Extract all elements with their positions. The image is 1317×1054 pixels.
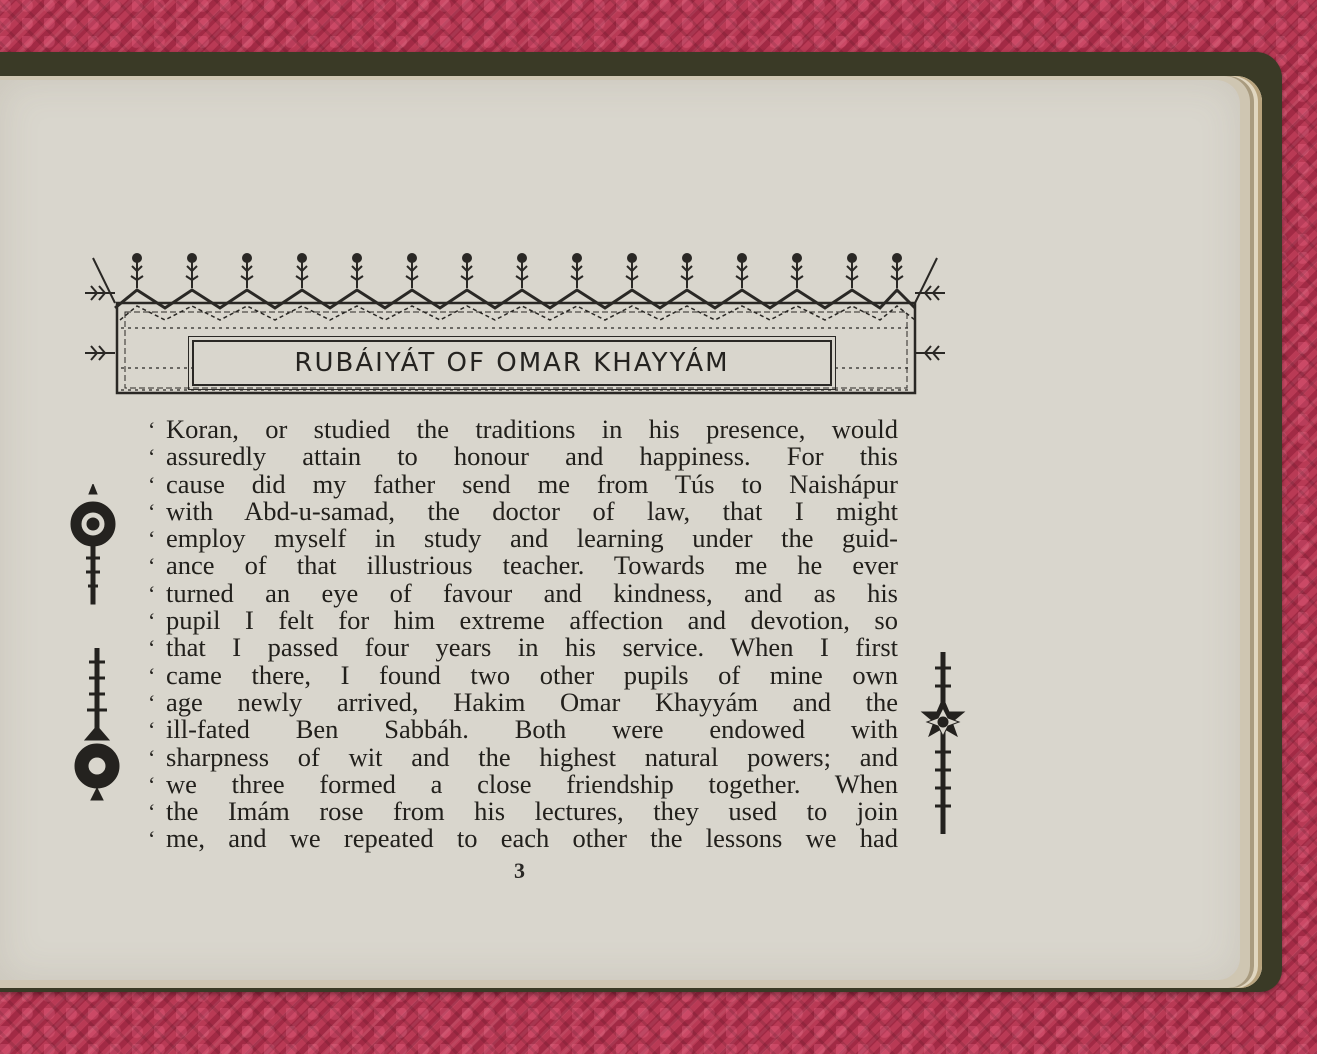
quote-mark: ‘: [148, 552, 166, 579]
running-title-box: RUBÁIYÁT OF OMAR KHAYYÁM: [192, 340, 832, 386]
page-number: 3: [514, 858, 525, 884]
text-line: ‘me, and we repeated to each other the l…: [148, 825, 898, 852]
text-line: ‘with Abd-u-samad, the doctor of law, th…: [148, 498, 898, 525]
quote-mark: ‘: [148, 716, 166, 743]
quote-mark: ‘: [148, 416, 166, 443]
quote-mark: ‘: [148, 825, 166, 852]
quote-mark: ‘: [148, 525, 166, 552]
running-title: RUBÁIYÁT OF OMAR KHAYYÁM: [294, 348, 729, 378]
text-line: ‘ance of that illustrious teacher. Towar…: [148, 552, 898, 579]
rosette-pendant-icon: [72, 648, 122, 808]
quote-mark: ‘: [148, 771, 166, 798]
quote-mark: ‘: [148, 580, 166, 607]
quote-mark: ‘: [148, 634, 166, 661]
quote-mark: ‘: [148, 744, 166, 771]
rosette-pendant-icon: [66, 484, 120, 608]
quote-mark: ‘: [148, 798, 166, 825]
text-line: ‘Koran, or studied the traditions in his…: [148, 416, 898, 443]
text-line: ‘sharpness of wit and the highest natura…: [148, 744, 898, 771]
text-line: ‘cause did my father send me from Tús to…: [148, 471, 898, 498]
star-rosette-pendant-icon: [918, 652, 968, 834]
quote-mark: ‘: [148, 471, 166, 498]
text-line: ‘ill-fated Ben Sabbáh. Both were endowed…: [148, 716, 898, 743]
text-line: ‘employ myself in study and learning und…: [148, 525, 898, 552]
text-line: ‘the Imám rose from his lectures, they u…: [148, 798, 898, 825]
quote-mark: ‘: [148, 689, 166, 716]
quote-mark: ‘: [148, 607, 166, 634]
text-line: ‘came there, I found two other pupils of…: [148, 662, 898, 689]
quote-mark: ‘: [148, 443, 166, 470]
quote-mark: ‘: [148, 498, 166, 525]
text-line: ‘that I passed four years in his service…: [148, 634, 898, 661]
quote-mark: ‘: [148, 662, 166, 689]
text-line: ‘turned an eye of favour and kindness, a…: [148, 580, 898, 607]
body-text: ‘Koran, or studied the traditions in his…: [148, 416, 898, 853]
text-line: ‘we three formed a close friendship toge…: [148, 771, 898, 798]
text-line: ‘age newly arrived, Hakim Omar Khayyám a…: [148, 689, 898, 716]
text-line: ‘pupil I felt for him extreme affection …: [148, 607, 898, 634]
text-line: ‘assuredly attain to honour and happines…: [148, 443, 898, 470]
